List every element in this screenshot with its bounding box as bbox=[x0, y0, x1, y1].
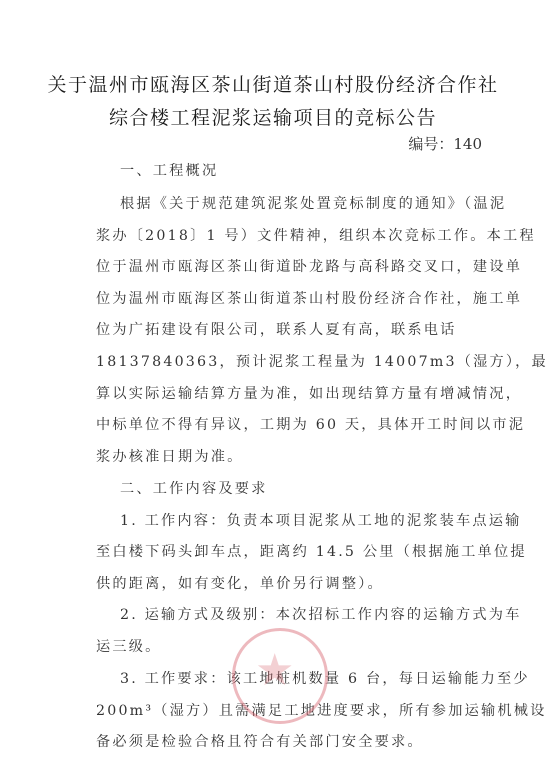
paragraph-line: 至白楼下码头卸车点，距离约 14.5 公里（根据施工单位提 bbox=[96, 541, 468, 561]
paragraph-line: 浆办核准日期为准。 bbox=[96, 446, 468, 466]
section1-heading: 一、工程概况 bbox=[120, 160, 468, 180]
paragraph-line: 算以实际运输结算方量为准，如出现结算方量有增减情况， bbox=[96, 383, 468, 403]
paragraph-line: 根据《关于规范建筑泥浆处置竞标制度的通知》（温泥 bbox=[120, 193, 468, 213]
paragraph-line: 中标单位不得有异议，工期为 60 天，具体开工时间以市泥 bbox=[96, 414, 468, 434]
paragraph-line: 浆办〔2018〕1 号）文件精神，组织本次竞标工作。本工程 bbox=[96, 225, 468, 245]
paragraph-line: 备必须是检验合格且符合有关部门安全要求。 bbox=[96, 731, 468, 751]
seal-star-icon: ★ bbox=[255, 649, 294, 693]
official-seal-icon: ★ bbox=[232, 628, 328, 724]
document-title-line1: 关于温州市瓯海区茶山街道茶山村股份经济合作社 bbox=[0, 70, 546, 97]
paragraph-line: 18137840363，预计泥浆工程量为 14007m3（湿方），最终结 bbox=[96, 351, 468, 371]
paragraph-line: 供的距离，如有变化，单价另行调整）。 bbox=[96, 573, 468, 593]
paragraph-line: 位为温州市瓯海区茶山街道茶山村股份经济合作社，施工单 bbox=[96, 288, 468, 308]
paragraph-line: 2. 运输方式及级别：本次招标工作内容的运输方式为车 bbox=[120, 604, 468, 624]
paragraph-line: 位于温州市瓯海区茶山街道卧龙路与高科路交叉口，建设单 bbox=[96, 256, 468, 276]
section2-heading: 二、工作内容及要求 bbox=[120, 478, 468, 498]
paragraph-line: 位为广拓建设有限公司，联系人夏有高，联系电话 bbox=[96, 319, 468, 339]
document-title-line2: 综合楼工程泥浆运输项目的竞标公告 bbox=[0, 103, 546, 130]
document-number: 编号：140 bbox=[408, 133, 482, 154]
paragraph-line: 1. 工作内容：负责本项目泥浆从工地的泥浆装车点运输 bbox=[120, 510, 468, 530]
